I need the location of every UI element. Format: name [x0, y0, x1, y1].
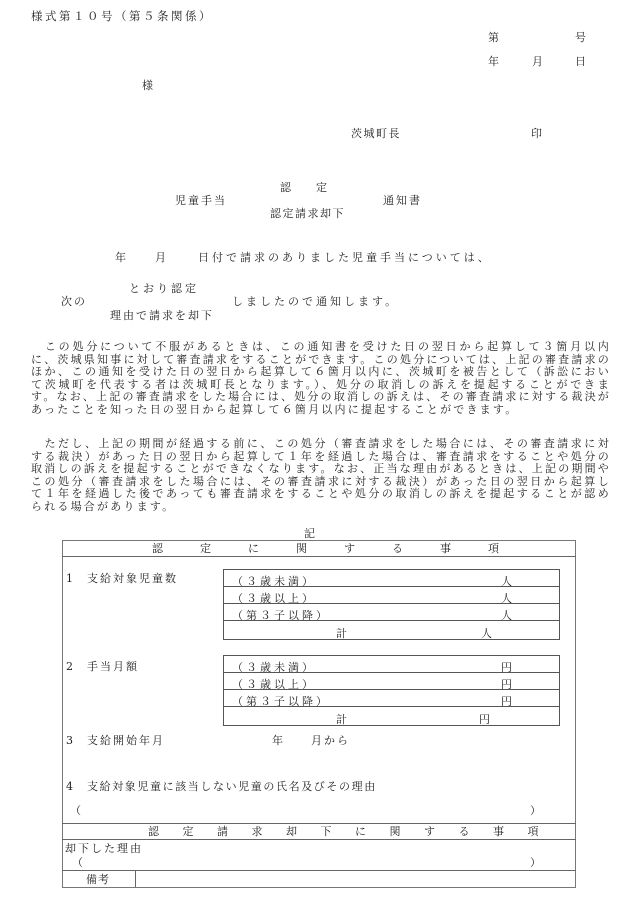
date-month: 月 — [532, 56, 543, 67]
date-year: 年 — [488, 56, 499, 67]
header-divider — [62, 556, 576, 557]
section3-number: 3 — [66, 735, 73, 746]
section1-row-over3: （３歳以上） 人 — [223, 586, 560, 604]
section4-close-paren: ） — [530, 805, 541, 816]
rejection-divider-top — [62, 823, 576, 824]
section4-number: 4 — [66, 781, 73, 792]
approval-section-header: 認 定 に 関 す る 事 項 — [152, 543, 500, 554]
intro-option-rejection: 理由で請求を却下 — [110, 310, 214, 321]
doc-number-prefix: 第 — [488, 32, 499, 43]
section2-row-under3: （３歳未満） 円 — [223, 655, 560, 673]
section2-row-total: 計 円 — [223, 706, 560, 726]
title-right: 通知書 — [383, 195, 422, 206]
section2-number: 2 — [66, 661, 73, 672]
rejection-reason-label: 却下した理由 — [65, 843, 143, 854]
section1-label: 支給対象児童数 — [87, 573, 178, 584]
intro-line1: 日付で請求のありました児童手当については、 — [198, 252, 492, 263]
ki-heading: 記 — [304, 528, 315, 539]
rejection-divider-bottom — [62, 839, 576, 840]
total-label: 計 — [336, 711, 347, 727]
title-option-approval: 認 定 — [280, 182, 328, 193]
section2-row-third-child: （第３子以降） 円 — [223, 689, 560, 707]
title-left: 児童手当 — [175, 195, 227, 206]
section3-year: 年 — [272, 735, 283, 746]
section4-open-paren: （ — [70, 805, 81, 816]
remarks-label: 備考 — [86, 874, 110, 885]
issuer-name: 茨城町長 — [351, 128, 401, 139]
section1-row-under3: （３歳未満） 人 — [223, 569, 560, 587]
section2-row-over3: （３歳以上） 円 — [223, 672, 560, 690]
intro-month: 月 — [155, 252, 166, 263]
addressee-suffix: 様 — [142, 80, 153, 91]
rejection-close-paren: ） — [530, 857, 541, 868]
remarks-field[interactable] — [137, 871, 574, 886]
form-number: 様式第１０号（第５条関係） — [31, 11, 213, 23]
remarks-column-divider — [135, 870, 136, 887]
section2-label: 手当月額 — [87, 661, 139, 672]
intro-year: 年 — [115, 252, 126, 263]
section1-number: 1 — [66, 573, 73, 584]
intro-suffix: しましたので通知します。 — [232, 296, 399, 307]
rejection-section-header: 認 定 請 求 却 下 に 関 す る 事 項 — [148, 826, 539, 837]
section3-label: 支給開始年月 — [87, 735, 165, 746]
total-unit: 人 — [481, 625, 492, 641]
total-unit: 円 — [479, 711, 490, 727]
date-day: 日 — [575, 56, 586, 67]
section1-row-total: 計 人 — [223, 620, 560, 640]
rejection-open-paren: （ — [72, 857, 83, 868]
total-label: 計 — [336, 625, 347, 641]
section1-row-third-child: （第３子以降） 人 — [223, 603, 560, 621]
intro-option-approval: とおり認定 — [129, 283, 199, 294]
section4-label: 支給対象児童に該当しない児童の氏名及びその理由 — [87, 781, 377, 792]
section3-month-from: 月から — [311, 735, 350, 746]
title-option-rejection: 認定請求却下 — [270, 208, 345, 219]
appeal-paragraph-2: ただし、上記の期間が経過する前に、この処分（審査請求をした場合には、その審査請求… — [31, 438, 611, 514]
intro-prefix: 次の — [61, 296, 87, 307]
appeal-paragraph-1: この処分について不服があるときは、この通知書を受けた日の翌日から起算して３箇月以… — [31, 341, 611, 417]
seal-mark: 印 — [531, 128, 542, 139]
doc-number-suffix: 号 — [575, 32, 586, 43]
